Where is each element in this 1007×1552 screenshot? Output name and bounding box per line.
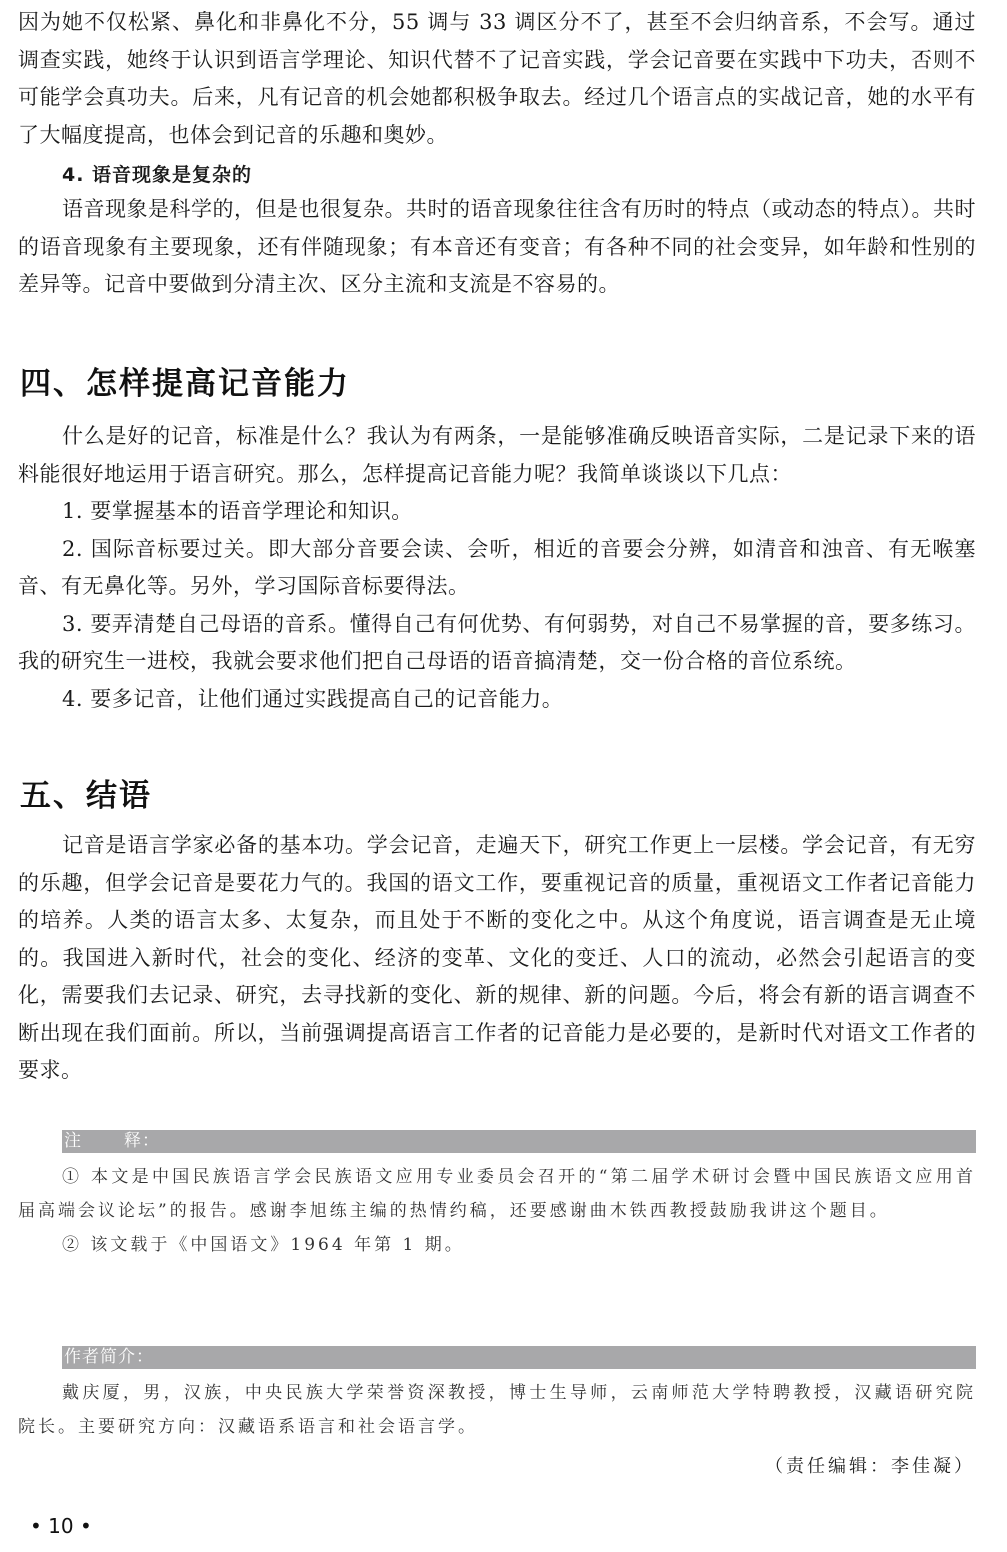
subsection-paragraph: 语音现象是科学的，但是也很复杂。共时的语音现象往往含有历时的特点（或动态的特点）… (18, 191, 976, 304)
note-item: ① 本文是中国民族语言学会民族语文应用专业委员会召开的“第二届学术研讨会暨中国民… (18, 1160, 976, 1228)
notes-label-a: 注 (64, 1131, 82, 1151)
bullet-dot-icon: • (30, 1514, 42, 1538)
subsection-heading: 4. 语音现象是复杂的 (62, 160, 252, 187)
intro-paragraph: 因为她不仅松紧、鼻化和非鼻化不分，55 调与 33 调区分不了，甚至不会归纳音系… (18, 4, 976, 154)
section-5-body: 记音是语言学家必备的基本功。学会记音，走遍天下，研究工作更上一层楼。学会记音，有… (18, 827, 976, 1090)
intro-paragraph-block: 因为她不仅松紧、鼻化和非鼻化不分，55 调与 33 调区分不了，甚至不会归纳音系… (18, 4, 976, 154)
author-bio-text: 戴庆厦，男，汉族，中央民族大学荣誉资深教授，博士生导师，云南师范大学特聘教授，汉… (18, 1376, 976, 1444)
list-item: 1. 要掌握基本的语音学理论和知识。 (18, 493, 976, 531)
author-bio-body: 戴庆厦，男，汉族，中央民族大学荣誉资深教授，博士生导师，云南师范大学特聘教授，汉… (18, 1376, 976, 1444)
notes-label-bar: 注释： (62, 1130, 976, 1153)
author-bio-label-bar: 作者简介： (62, 1346, 976, 1369)
section-title-4: 四、怎样提高记音能力 (20, 358, 350, 403)
section-4-body: 什么是好的记音，标准是什么？我认为有两条，一是能够准确反映语音实际，二是记录下来… (18, 418, 976, 718)
section-title-5: 五、结语 (20, 770, 152, 815)
editor-credit: （责任编辑：李佳凝） (765, 1452, 975, 1478)
list-item: 4. 要多记音，让他们通过实践提高自己的记音能力。 (18, 681, 976, 719)
notes-body: ① 本文是中国民族语言学会民族语文应用专业委员会召开的“第二届学术研讨会暨中国民… (18, 1160, 976, 1262)
section-5-paragraph: 记音是语言学家必备的基本功。学会记音，走遍天下，研究工作更上一层楼。学会记音，有… (18, 827, 976, 1090)
subsection-paragraph-block: 语音现象是科学的，但是也很复杂。共时的语音现象往往含有历时的特点（或动态的特点）… (18, 191, 976, 304)
section-4-intro: 什么是好的记音，标准是什么？我认为有两条，一是能够准确反映语音实际，二是记录下来… (18, 418, 976, 493)
page-number-value: 10 (48, 1514, 73, 1538)
bullet-dot-icon: • (80, 1514, 92, 1538)
list-item: 2. 国际音标要过关。即大部分音要会读、会听，相近的音要会分辨，如清音和浊音、有… (18, 531, 976, 606)
note-item: ② 该文载于《中国语文》1964 年第 1 期。 (18, 1228, 976, 1262)
page-number: • 10 • (30, 1514, 92, 1538)
list-item: 3. 要弄清楚自己母语的音系。懂得自己有何优势、有何弱势，对自己不易掌握的音，要… (18, 606, 976, 681)
notes-label-b: 释： (124, 1131, 160, 1151)
author-bio-label: 作者简介： (64, 1347, 154, 1367)
